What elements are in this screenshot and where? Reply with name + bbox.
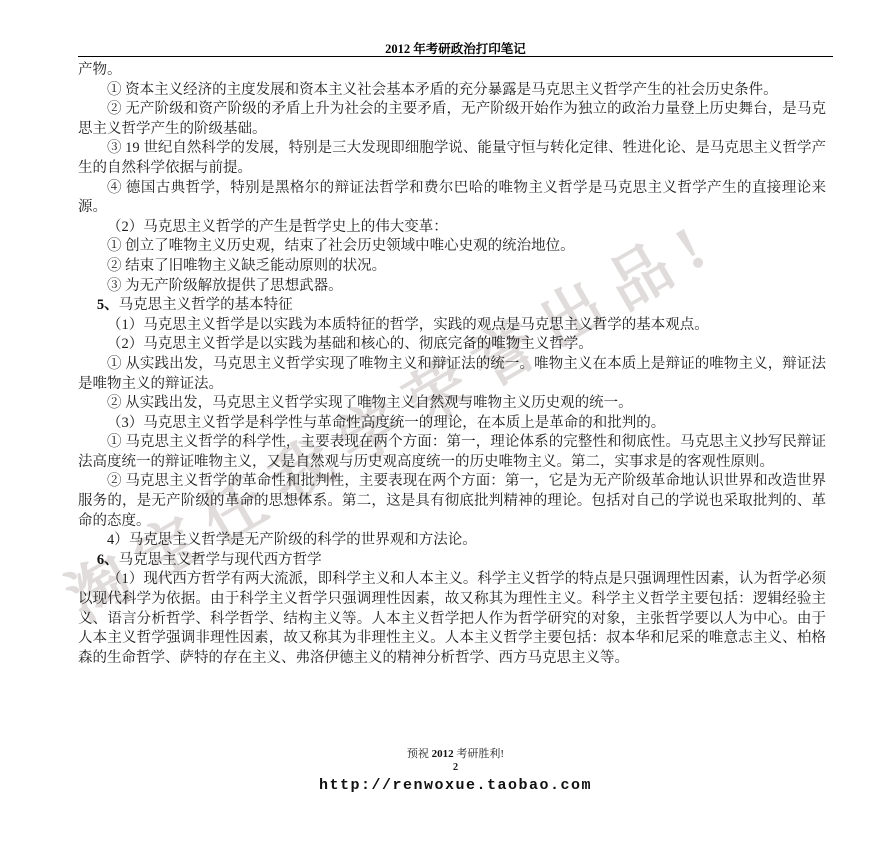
paragraph: 4）马克思主义哲学是无产阶级的科学的世界观和方法论。 (78, 531, 826, 551)
paragraph: ② 马克思主义哲学的革命性和批判性，主要表现在两个方面：第一，它是为无产阶级革命… (78, 472, 826, 531)
paragraph: ① 创立了唯物主义历史观，结束了社会历史领域中唯心史观的统治地位。 (78, 237, 826, 257)
paragraph: ② 从实践出发，马克思主义哲学实现了唯物主义自然观与唯物主义历史观的统一。 (78, 394, 826, 414)
paragraph: ② 结束了旧唯物主义缺乏能动原则的状况。 (78, 257, 826, 277)
page-header-title: 2012 年考研政治打印笔记 (78, 39, 833, 57)
paragraph: ① 马克思主义哲学的科学性，主要表现在两个方面：第一，理论体系的完整性和彻底性。… (78, 433, 826, 472)
page-number: 2 (78, 761, 833, 774)
footer-blessing-year: 2012 (432, 748, 454, 760)
paragraph: （2）马克思主义哲学的产生是哲学史上的伟大变革： (78, 218, 826, 238)
footer-blessing-suffix: 考研胜利! (454, 748, 504, 760)
footer-blessing-prefix: 预祝 (407, 748, 432, 760)
section-number: 5、 (97, 297, 119, 313)
paragraph: ② 无产阶级和资产阶级的矛盾上升为社会的主要矛盾，无产阶级开始作为独立的政治力量… (78, 100, 826, 139)
paragraph: （1）马克思主义哲学是以实践为本质特征的哲学，实践的观点是马克思主义哲学的基本观… (78, 316, 826, 336)
document-body: 产物。① 资本主义经济的主度发展和资本主义社会基本矛盾的充分暴露是马克思主义哲学… (78, 61, 826, 668)
paragraph: （2）马克思主义哲学是以实践为基础和核心的、彻底完备的唯物主义哲学。 (78, 335, 826, 355)
paragraph: ③ 为无产阶级解放提供了思想武器。 (78, 277, 826, 297)
footer-blessing: 预祝 2012 考研胜利! (78, 748, 833, 761)
paragraph: ① 从实践出发，马克思主义哲学实现了唯物主义和辩证法的统一。唯物主义在本质上是辩… (78, 355, 826, 394)
paragraph: 产物。 (78, 61, 826, 81)
section-number: 6、 (97, 552, 119, 568)
footer-url: http://renwoxue.taobao.com (78, 777, 833, 794)
paragraph: ④ 德国古典哲学，特别是黑格尔的辩证法哲学和费尔巴哈的唯物主义哲学是马克思主义哲… (78, 179, 826, 218)
paragraph: （3）马克思主义哲学是科学性与革命性高度统一的理论，在本质上是革命的和批判的。 (78, 414, 826, 434)
paragraph: ③ 19 世纪自然科学的发展，特别是三大发现即细胞学说、能量守恒与转化定律、牲进… (78, 139, 826, 178)
paragraph: 6、马克思主义哲学与现代西方哲学 (78, 551, 826, 571)
header-divider (78, 56, 833, 57)
paragraph: 5、马克思主义哲学的基本特征 (78, 296, 826, 316)
paragraph: （1）现代西方哲学有两大流派，即科学主义和人本主义。科学主义哲学的特点是只强调理… (78, 570, 826, 668)
paragraph: ① 资本主义经济的主度发展和资本主义社会基本矛盾的充分暴露是马克思主义哲学产生的… (78, 81, 826, 101)
document-page: 淘宝任我学荣誉出品! 2012 年考研政治打印笔记 产物。① 资本主义经济的主度… (0, 0, 870, 842)
page-footer: 预祝 2012 考研胜利! 2 http://renwoxue.taobao.c… (78, 748, 833, 794)
